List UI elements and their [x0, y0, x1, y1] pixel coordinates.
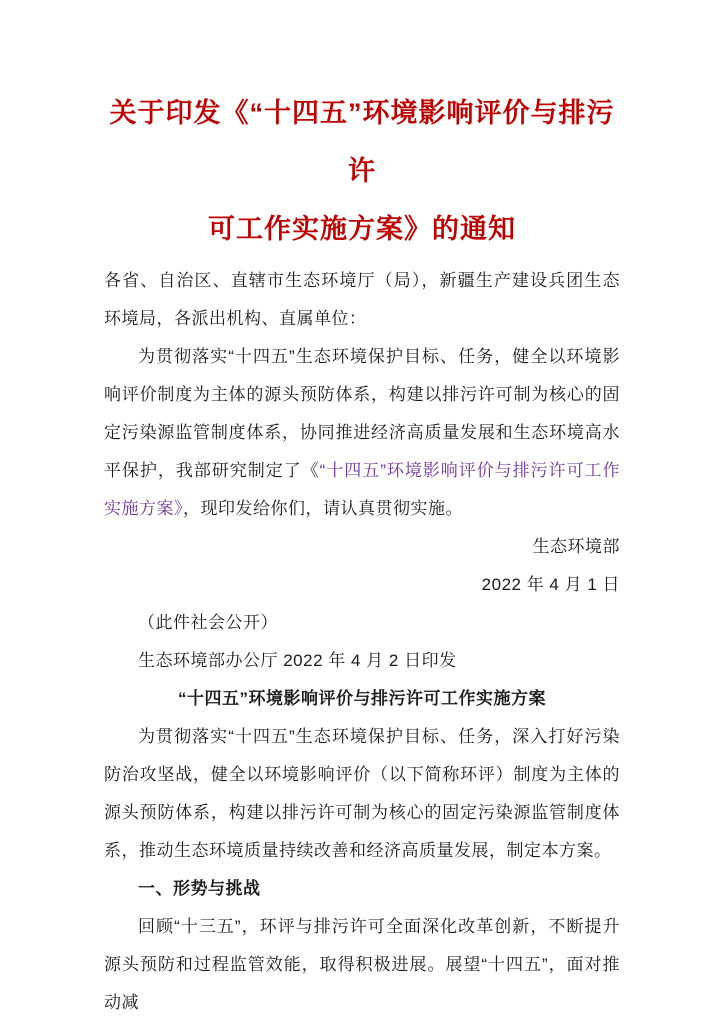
notice-body-text-after-link: ，现印发给你们，请认真贯彻实施。 — [183, 499, 463, 518]
document-page: 关于印发《“十四五”环境影响评价与排污许 可工作实施方案》的通知 各省、自治区、… — [0, 0, 724, 1024]
section-1-paragraph: 回顾“十三五”，环评与排污许可全面深化改革创新，不断提升源头预防和过程监管效能，… — [104, 908, 620, 1022]
notice-title-line2: 可工作实施方案》的通知 — [104, 200, 620, 258]
signature-date: 2022 年 4 月 1 日 — [104, 566, 620, 604]
public-disclosure-note: （此件社会公开） — [104, 604, 620, 642]
plan-intro-paragraph: 为贯彻落实“十四五”生态环境保护目标、任务，深入打好污染防治攻坚战，健全以环境影… — [104, 718, 620, 870]
section-1-heading: 一、形势与挑战 — [104, 870, 620, 908]
notice-title: 关于印发《“十四五”环境影响评价与排污许 可工作实施方案》的通知 — [104, 84, 620, 258]
recipients-line: 各省、自治区、直辖市生态环境厅（局），新疆生产建设兵团生态环境局，各派出机构、直… — [104, 262, 620, 338]
issuance-note: 生态环境部办公厅 2022 年 4 月 2 日印发 — [104, 642, 620, 680]
signature-agency: 生态环境部 — [104, 528, 620, 566]
plan-title: “十四五”环境影响评价与排污许可工作实施方案 — [104, 680, 620, 718]
notice-title-line1: 关于印发《“十四五”环境影响评价与排污许 — [104, 84, 620, 200]
notice-body-paragraph: 为贯彻落实“十四五”生态环境保护目标、任务，健全以环境影响评价制度为主体的源头预… — [104, 338, 620, 528]
